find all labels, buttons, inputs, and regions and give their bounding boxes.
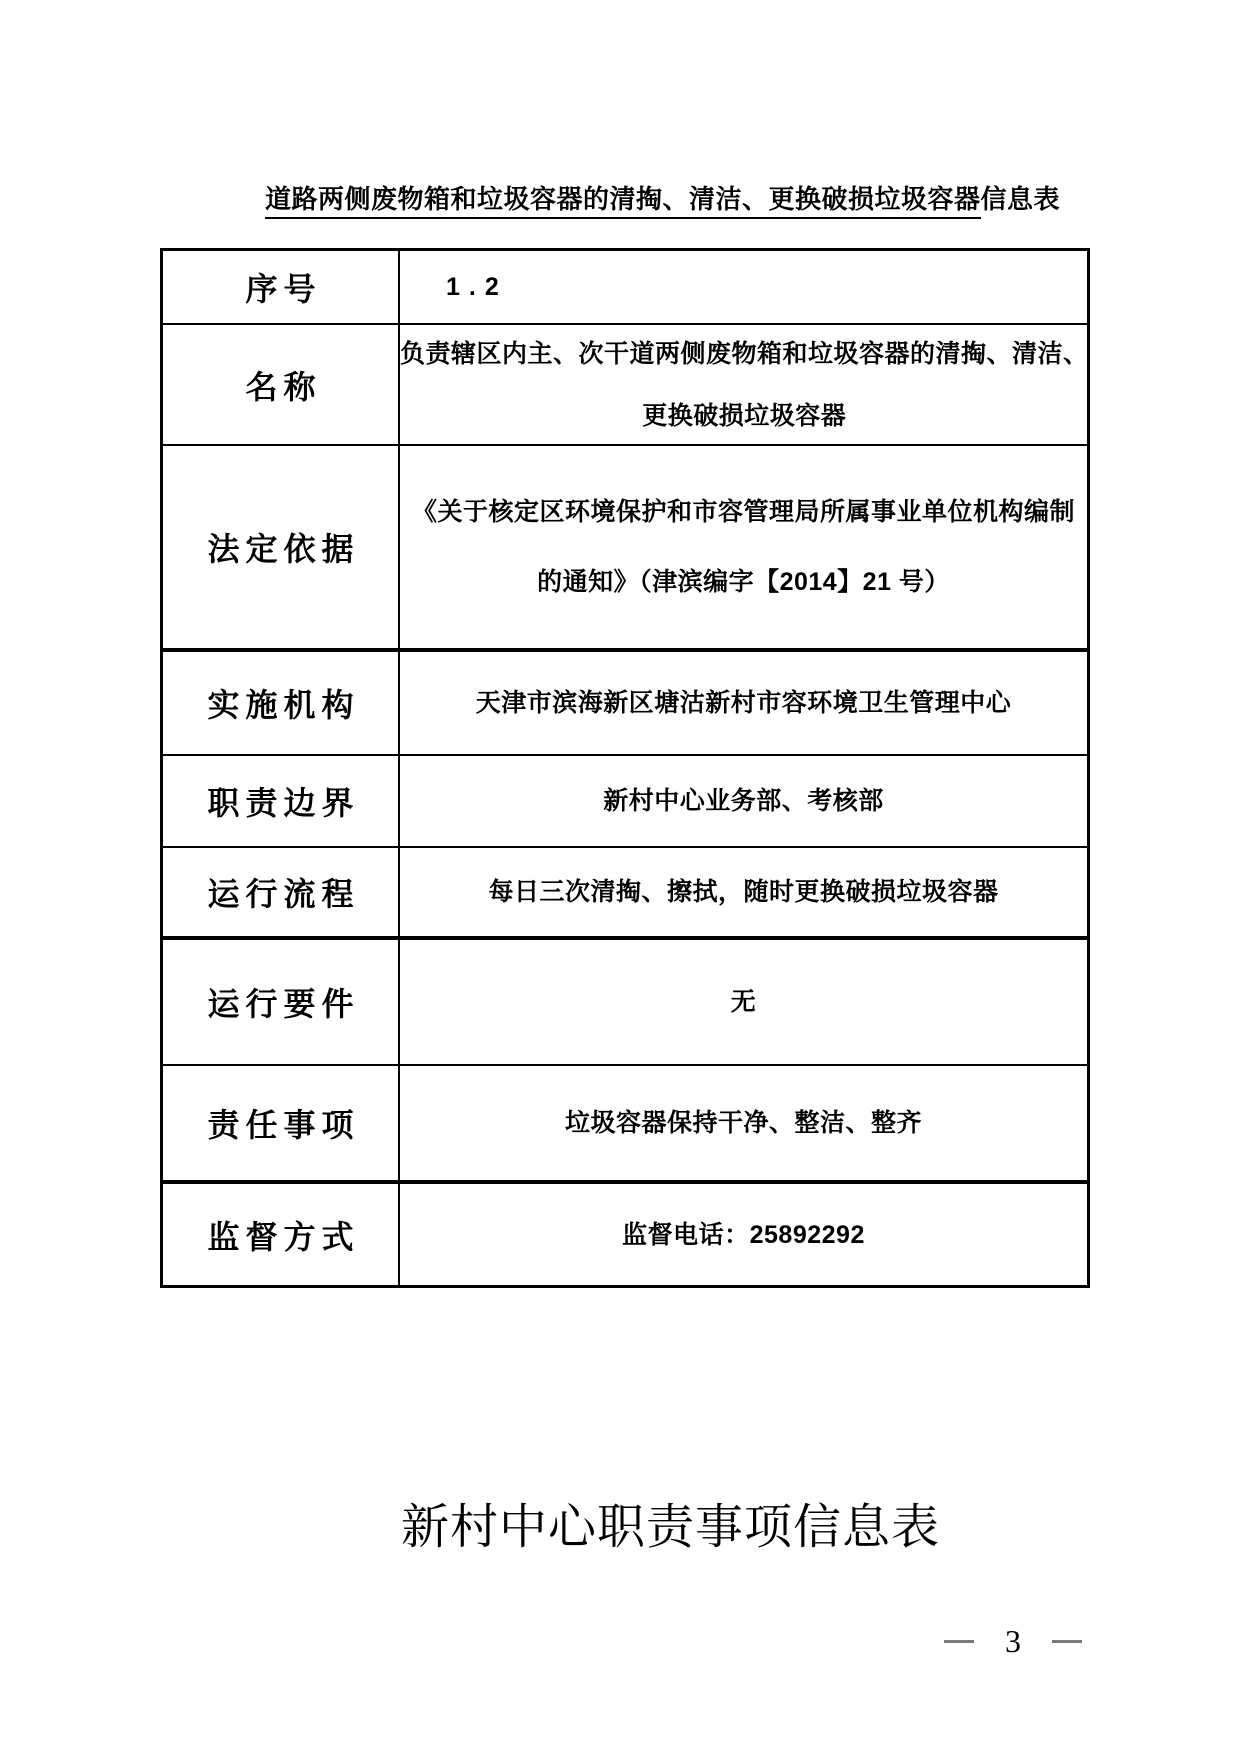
row-label-yunxingliucheng: 运行流程 <box>163 848 400 936</box>
row-value-yunxingyaojian: 无 <box>400 940 1087 1064</box>
table-row-yunxingliucheng: 运行流程 每日三次清掏、擦拭，随时更换破损垃圾容器 <box>163 848 1087 940</box>
cell-line: 无 <box>731 971 757 1033</box>
info-table: 序号 1.2 名称 负责辖区内主、次干道两侧废物箱和垃圾容器的清掏、清洁、 更换… <box>160 248 1090 1288</box>
table-row-xuhao: 序号 1.2 <box>163 251 1087 325</box>
row-value-zhizebianjie: 新村中心业务部、考核部 <box>400 756 1087 846</box>
table-row-zhizebianjie: 职责边界 新村中心业务部、考核部 <box>163 756 1087 848</box>
document-title-underlined-part: 道路两侧废物箱和垃圾容器的清掏、清洁、更换破损垃圾容器 <box>265 184 981 219</box>
section-heading: 新村中心职责事项信息表 <box>0 1498 1241 1558</box>
page-number-dash-right <box>1052 1640 1082 1643</box>
row-label-mingcheng: 名称 <box>163 325 400 444</box>
row-label-xuhao: 序号 <box>163 251 400 323</box>
table-row-zerenshixiang: 责任事项 垃圾容器保持干净、整洁、整齐 <box>163 1066 1087 1184</box>
row-value-shishijigou: 天津市滨海新区塘沽新村市容环境卫生管理中心 <box>400 652 1087 754</box>
row-value-mingcheng: 负责辖区内主、次干道两侧废物箱和垃圾容器的清掏、清洁、 更换破损垃圾容器 <box>400 325 1089 444</box>
row-value-xuhao: 1.2 <box>400 251 1087 323</box>
row-label-jiandufangshi: 监督方式 <box>163 1184 400 1285</box>
cell-line: 负责辖区内主、次干道两侧废物箱和垃圾容器的清掏、清洁、 <box>400 323 1089 385</box>
row-value-jiandufangshi: 监督电话：25892292 <box>400 1184 1087 1285</box>
row-label-zerenshixiang: 责任事项 <box>163 1066 400 1180</box>
table-row-jiandufangshi: 监督方式 监督电话：25892292 <box>163 1184 1087 1285</box>
page-number: 3 <box>944 1620 1082 1662</box>
table-row-fadingyiju: 法定依据 《关于核定区环境保护和市容管理局所属事业单位机构编制 的通知》（津滨编… <box>163 446 1087 652</box>
cell-line: 垃圾容器保持干净、整洁、整齐 <box>565 1092 922 1154</box>
row-value-fadingyiju: 《关于核定区环境保护和市容管理局所属事业单位机构编制 的通知》（津滨编字【201… <box>400 446 1087 648</box>
page-number-dash-left <box>944 1640 974 1643</box>
cell-line: 新村中心业务部、考核部 <box>603 770 884 832</box>
document-title: 道路两侧废物箱和垃圾容器的清掏、清洁、更换破损垃圾容器信息表 <box>0 182 1241 216</box>
cell-line: 1.2 <box>446 273 508 302</box>
table-row-yunxingyaojian: 运行要件 无 <box>163 940 1087 1066</box>
row-value-zerenshixiang: 垃圾容器保持干净、整洁、整齐 <box>400 1066 1087 1180</box>
page-number-value: 3 <box>1005 1625 1021 1657</box>
row-label-fadingyiju: 法定依据 <box>163 446 400 648</box>
table-row-mingcheng: 名称 负责辖区内主、次干道两侧废物箱和垃圾容器的清掏、清洁、 更换破损垃圾容器 <box>163 325 1087 446</box>
row-label-zhizebianjie: 职责边界 <box>163 756 400 846</box>
row-value-yunxingliucheng: 每日三次清掏、擦拭，随时更换破损垃圾容器 <box>400 848 1087 936</box>
cell-line: 天津市滨海新区塘沽新村市容环境卫生管理中心 <box>476 672 1012 734</box>
cell-line: 每日三次清掏、擦拭，随时更换破损垃圾容器 <box>488 861 998 923</box>
cell-line: 的通知》（津滨编字【2014】21 号） <box>537 547 950 617</box>
row-label-yunxingyaojian: 运行要件 <box>163 940 400 1064</box>
cell-line: 监督电话：25892292 <box>622 1204 865 1266</box>
table-row-shishijigou: 实施机构 天津市滨海新区塘沽新村市容环境卫生管理中心 <box>163 652 1087 756</box>
cell-line: 《关于核定区环境保护和市容管理局所属事业单位机构编制 <box>412 477 1075 547</box>
cell-line: 更换破损垃圾容器 <box>642 385 846 447</box>
row-label-shishijigou: 实施机构 <box>163 652 400 754</box>
document-title-suffix: 信息表 <box>981 184 1061 214</box>
